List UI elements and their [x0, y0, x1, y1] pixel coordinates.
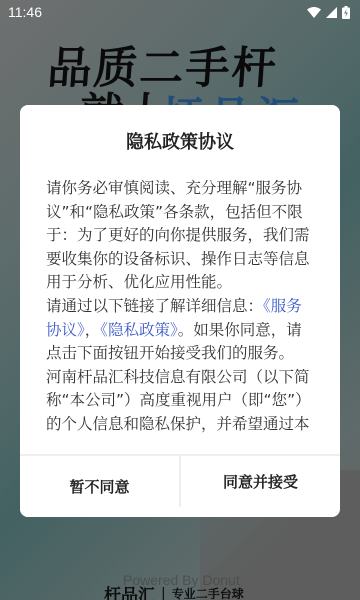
status-bar: 11:46: [0, 0, 360, 24]
body-paragraph-3: 河南杆品汇科技信息有限公司（以下简称“本公司”）高度重视用户（即“您”）的个人信…: [46, 368, 311, 439]
status-icons: [307, 6, 350, 19]
body-comma: ，: [85, 321, 101, 339]
privacy-policy-dialog: 隐私政策协议 请你务必审慎阅读、充分理解“服务协议”和“隐私政策”各条款，包括但…: [20, 105, 340, 517]
battery-charging-icon: [342, 6, 350, 19]
dialog-body[interactable]: 请你务必审慎阅读、充分理解“服务协议”和“隐私政策”各条款，包括但不限于：为了更…: [46, 177, 316, 439]
body-paragraph-2-prefix: 请通过以下链接了解详细信息：: [46, 297, 263, 315]
decline-button[interactable]: 暂不同意: [20, 456, 179, 517]
wifi-icon: [307, 7, 321, 18]
body-paragraph-1: 请你务必审慎阅读、充分理解“服务协议”和“隐私政策”各条款，包括但不限于：为了更…: [46, 179, 310, 291]
dialog-title: 隐私政策协议: [20, 131, 340, 155]
cellular-signal-icon: [326, 7, 337, 18]
privacy-policy-link[interactable]: 《隐私政策》: [100, 321, 178, 339]
dialog-footer: 暂不同意 同意并接受: [20, 454, 340, 517]
accept-button[interactable]: 同意并接受: [179, 456, 340, 507]
status-time: 11:46: [8, 4, 42, 20]
